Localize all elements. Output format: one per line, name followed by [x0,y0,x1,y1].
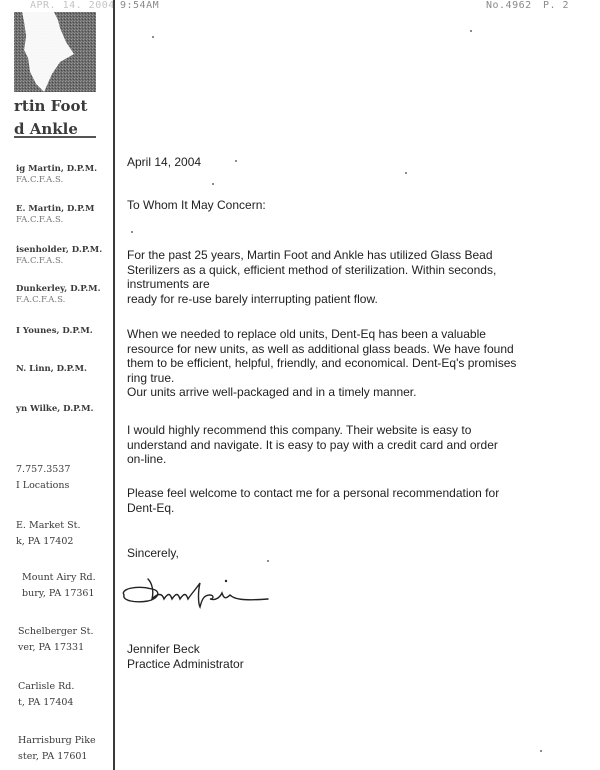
fax-number: No.4962 [486,0,532,11]
scan-speck [212,183,214,185]
doctor-entry: I Younes, D.P.M. [16,326,93,336]
scan-speck [540,750,542,752]
scan-speck [405,172,407,174]
doctor-entry: N. Linn, D.P.M. [16,364,87,374]
location-address: E. Market St. k, PA 17402 [16,518,80,550]
location-address: Carlisle Rd. t, PA 17404 [18,679,74,711]
letterhead-sidebar: rtin Foot d Ankle ig Martin, D.P.M. FA.C… [0,0,112,770]
letter-date: April 14, 2004 [127,155,587,170]
location-address: Harrisburg Pike ster, PA 17601 [18,733,96,765]
scan-speck [235,160,237,162]
scan-speck [152,36,154,38]
contact-info: 7.757.3537 I Locations [16,462,70,494]
location-address: Schelberger St. ver, PA 17331 [18,624,93,656]
letter-closing: Sincerely, [127,546,587,561]
paragraph-1: For the past 25 years, Martin Foot and A… [127,248,587,306]
doctor-entry: yn Wilke, D.P.M. [16,404,94,414]
vertical-divider [113,0,115,770]
paragraph-3: I would highly recommend this company. T… [127,423,587,467]
locations-label: I Locations [16,478,70,494]
doctor-entry: E. Martin, D.P.M FA.C.F.A.S. [16,204,94,225]
paragraph-4: Please feel welcome to contact me for a … [127,486,587,515]
doctor-entry: ig Martin, D.P.M. FA.C.F.A.S. [16,164,97,185]
scan-speck [131,231,133,233]
foot-ankle-logo-icon [14,12,96,92]
signer-name: Jennifer Beck [127,642,587,657]
handwritten-signature-icon [118,573,283,618]
letter-salutation: To Whom It May Concern: [127,198,587,213]
signer-block: Jennifer Beck Practice Administrator [127,642,587,671]
location-address: Mount Airy Rd. bury, PA 17361 [22,570,96,602]
fax-time: 9:54AM [120,0,159,11]
signer-title: Practice Administrator [127,657,587,672]
paragraph-2: When we needed to replace old units, Den… [127,327,587,400]
doctor-entry: Dunkerley, D.P.M. F.A.C.F.A.S. [16,284,101,305]
fax-page: P. 2 [543,0,569,11]
practice-name-line1: rtin Foot [14,97,87,115]
scan-speck [267,560,269,562]
scan-speck [470,30,472,32]
doctor-entry: isenholder, D.P.M. FA.C.F.A.S. [16,245,102,266]
letterhead-underline [14,136,96,138]
phone-number: 7.757.3537 [16,462,70,478]
